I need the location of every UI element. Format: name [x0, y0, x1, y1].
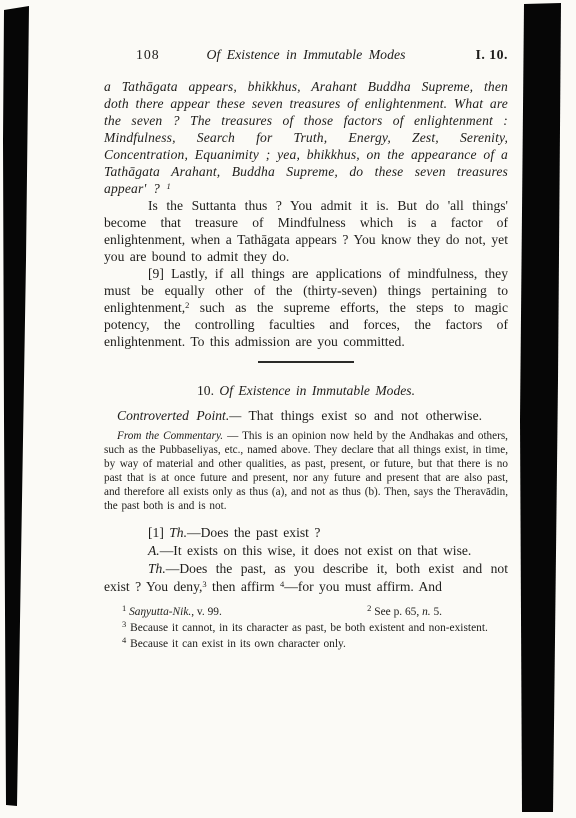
dialogue-1-number: [1]	[148, 525, 169, 540]
footnote-2-n: n.	[422, 606, 431, 618]
quotation-paragraph: a Tathāgata appears, bhikkhus, Arahant B…	[104, 78, 508, 197]
book-page-scan: 108 Of Existence in Immutable Modes I. 1…	[0, 0, 576, 818]
commentary-text: — This is an opinion now held by the And…	[104, 430, 508, 512]
footnote-2-text-before: See p. 65,	[374, 606, 422, 618]
controverted-point-text: That things exist so and not otherwise.	[241, 408, 482, 423]
dialogue-1-text: —Does the past exist ?	[187, 525, 320, 540]
section-reference: I. 10.	[413, 46, 508, 63]
controverted-point-label: Controverted Point.—	[117, 408, 241, 423]
commentary-label: From the Commentary.	[117, 430, 223, 442]
page-content: 108 Of Existence in Immutable Modes I. 1…	[104, 46, 508, 652]
footnotes-block: 1 Saŋyutta-Nik., v. 99. 2 See p. 65, n. …	[104, 605, 508, 652]
dialogue-line-3: Th.—Does the past, as you describe it, b…	[104, 560, 508, 596]
commentary-paragraph: From the Commentary. — This is an opinio…	[104, 430, 508, 513]
footnote-4: 4 Because it can exist in its own charac…	[104, 637, 508, 653]
controverted-point-paragraph: Controverted Point.— That things exist s…	[104, 406, 508, 425]
dialogue-2-text: —It exists on this wise, it does not exi…	[160, 543, 472, 558]
section-divider-rule	[258, 361, 354, 363]
dialogue-line-2: A.—It exists on this wise, it does not e…	[104, 542, 508, 560]
dialogue-1-speaker: Th.	[169, 525, 187, 540]
scan-edge-bar-right	[510, 0, 576, 818]
paragraph-lastly: [9] Lastly, if all things are applicatio…	[104, 265, 508, 350]
footnote-marker-1: 1	[167, 181, 171, 191]
footnote-2-text-after: 5.	[431, 606, 442, 618]
section-number: 10.	[197, 383, 219, 398]
footnote-1-rest: , v. 99.	[191, 606, 222, 618]
dialogue-3-speaker: Th.	[148, 561, 166, 576]
dialogue-2-speaker: A.	[148, 543, 160, 558]
section-title: Of Existence in Immutable Modes.	[219, 383, 415, 398]
footnote-1-ref: 1	[122, 603, 126, 613]
dialogue-line-1: [1] Th.—Does the past exist ?	[104, 524, 508, 542]
running-title: Of Existence in Immutable Modes	[199, 46, 413, 63]
footnote-3-text: Because it cannot, in its character as p…	[130, 622, 488, 634]
section-heading: 10. Of Existence in Immutable Modes.	[104, 382, 508, 399]
paragraph-suttanta-text: Is the Suttanta thus ? You admit it is. …	[104, 198, 508, 264]
footnote-3: 3 Because it cannot, in its character as…	[104, 621, 508, 637]
scan-binding-bar-left	[0, 0, 42, 818]
quotation-text: a Tathāgata appears, bhikkhus, Arahant B…	[104, 79, 508, 196]
footnote-3-ref: 3	[122, 619, 126, 629]
footnote-4-ref: 4	[122, 635, 126, 645]
footnote-4-text: Because it can exist in its own characte…	[130, 638, 346, 650]
paragraph-suttanta: Is the Suttanta thus ? You admit it is. …	[104, 197, 508, 265]
dialogue-3-text-after: —for you must affirm. And	[284, 579, 442, 594]
page-number: 108	[104, 46, 199, 63]
footnote-1-work: Saŋyutta-Nik.	[129, 606, 191, 618]
footnote-2-ref: 2	[367, 603, 371, 613]
footnote-row-1: 1 Saŋyutta-Nik., v. 99. 2 See p. 65, n. …	[104, 605, 508, 621]
footnote-2: 2 See p. 65, n. 5.	[367, 605, 442, 621]
dialogue-3-text-mid: then affirm	[207, 579, 280, 594]
page-header: 108 Of Existence in Immutable Modes I. 1…	[104, 46, 508, 63]
